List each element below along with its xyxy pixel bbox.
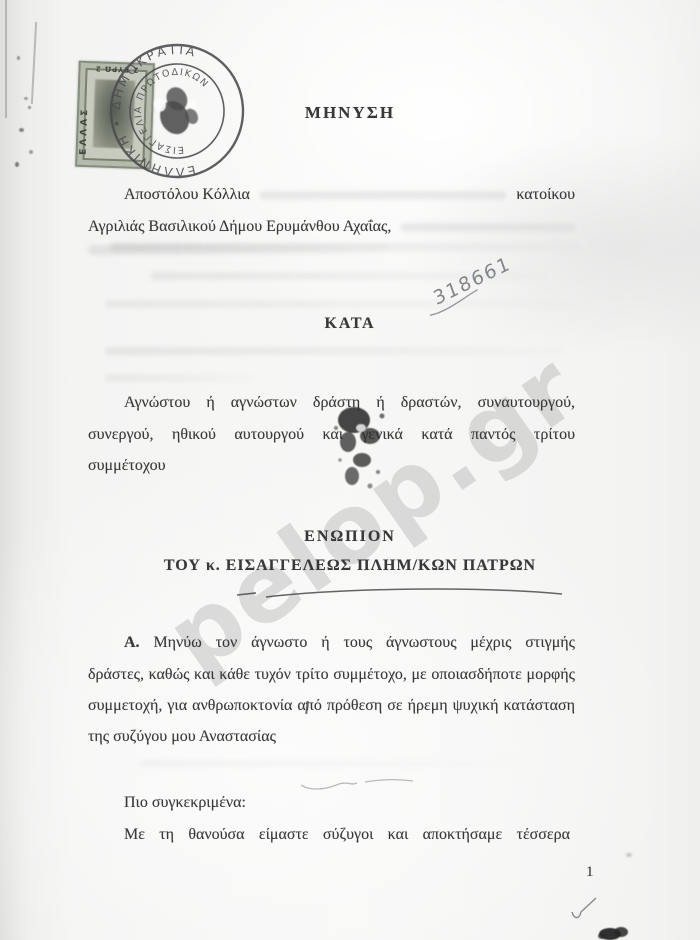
- ghost-line: [105, 300, 570, 308]
- document-title: ΜΗΝΥΣΗ: [0, 103, 700, 123]
- ghost-line: [140, 760, 520, 767]
- section-a-line-2: δράστες, καθώς και κάθε τυχόν τρίτο συμμ…: [88, 664, 575, 686]
- bottom-ink-blob: [594, 922, 634, 940]
- section-a-line-4: της συζύγου μου Αναστασίας: [88, 726, 575, 748]
- section-a-line-1-text: Μηνύω τον άγνωστο ή τους άγνωστους μέχρι…: [153, 634, 575, 651]
- details-line-1-text: Με τη θανούσα είμαστε σύζυγοι και αποκτή…: [124, 826, 570, 843]
- complainant-line-1: Αποστόλου Κόλλια κατοίκου: [88, 184, 575, 206]
- section-a-line-3-text: συμμετοχή, για ανθρωποκτονία από πρόθεση…: [88, 697, 575, 714]
- details-intro-text: Πιο συγκεκριμένα:: [124, 794, 246, 811]
- complainant-line-2: Αγριλιάς Βασιλικού Δήμου Ερυμάνθου Αχαΐα…: [88, 216, 575, 238]
- complainant-line1-end: κατοίκου: [516, 184, 575, 206]
- kata-heading: ΚΑΤΑ: [0, 315, 700, 333]
- ghost-line: [105, 374, 255, 382]
- complainant-name: Αποστόλου Κόλλια: [88, 184, 250, 206]
- section-a-line-1: Α. Μηνύω τον άγνωστο ή τους άγνωστους μέ…: [88, 632, 575, 654]
- redacted-line-smudge: [88, 245, 388, 255]
- page-number: 1: [586, 864, 594, 881]
- ink-blot: [312, 398, 412, 498]
- pen-checkmark: [566, 894, 600, 924]
- pen-squiggle: [295, 772, 420, 792]
- accused-line-3-text: συμμέτοχου: [88, 457, 166, 474]
- section-a-line-4-text: της συζύγου μου Αναστασίας: [88, 728, 276, 745]
- details-intro: Πιο συγκεκριμένα:: [88, 792, 575, 814]
- enopion-heading: ΕΝΩΠΙΟΝ: [0, 528, 700, 546]
- ghost-line: [105, 347, 565, 355]
- separator-rule: [236, 585, 566, 603]
- section-a-line-2-text: δράστες, καθώς και κάθε τυχόν τρίτο συμμ…: [88, 666, 575, 683]
- section-a-label: Α.: [124, 634, 140, 651]
- complainant-address: Αγριλιάς Βασιλικού Δήμου Ερυμάνθου Αχαΐα…: [88, 216, 391, 238]
- scanned-document-page: pelop.gr ΕΛΛΑΣ 2 ΕΥΡΩ 2 ΕΛΛΗΝΙΚΗ • ΔΗΜΟΚ…: [0, 0, 700, 940]
- details-line-1: Με τη θανούσα είμαστε σύζυγοι και αποκτή…: [88, 824, 570, 846]
- prosecutor-heading: ΤΟΥ κ. ΕΙΣΑΓΓΕΛΕΩΣ ΠΛΗΜ/ΚΩΝ ΠΑΤΡΩΝ: [0, 557, 700, 575]
- section-a-line-3: συμμετοχή, για ανθρωποκτονία από πρόθεση…: [88, 695, 575, 717]
- redaction-blur: [260, 189, 506, 202]
- redaction-blur: [401, 221, 575, 234]
